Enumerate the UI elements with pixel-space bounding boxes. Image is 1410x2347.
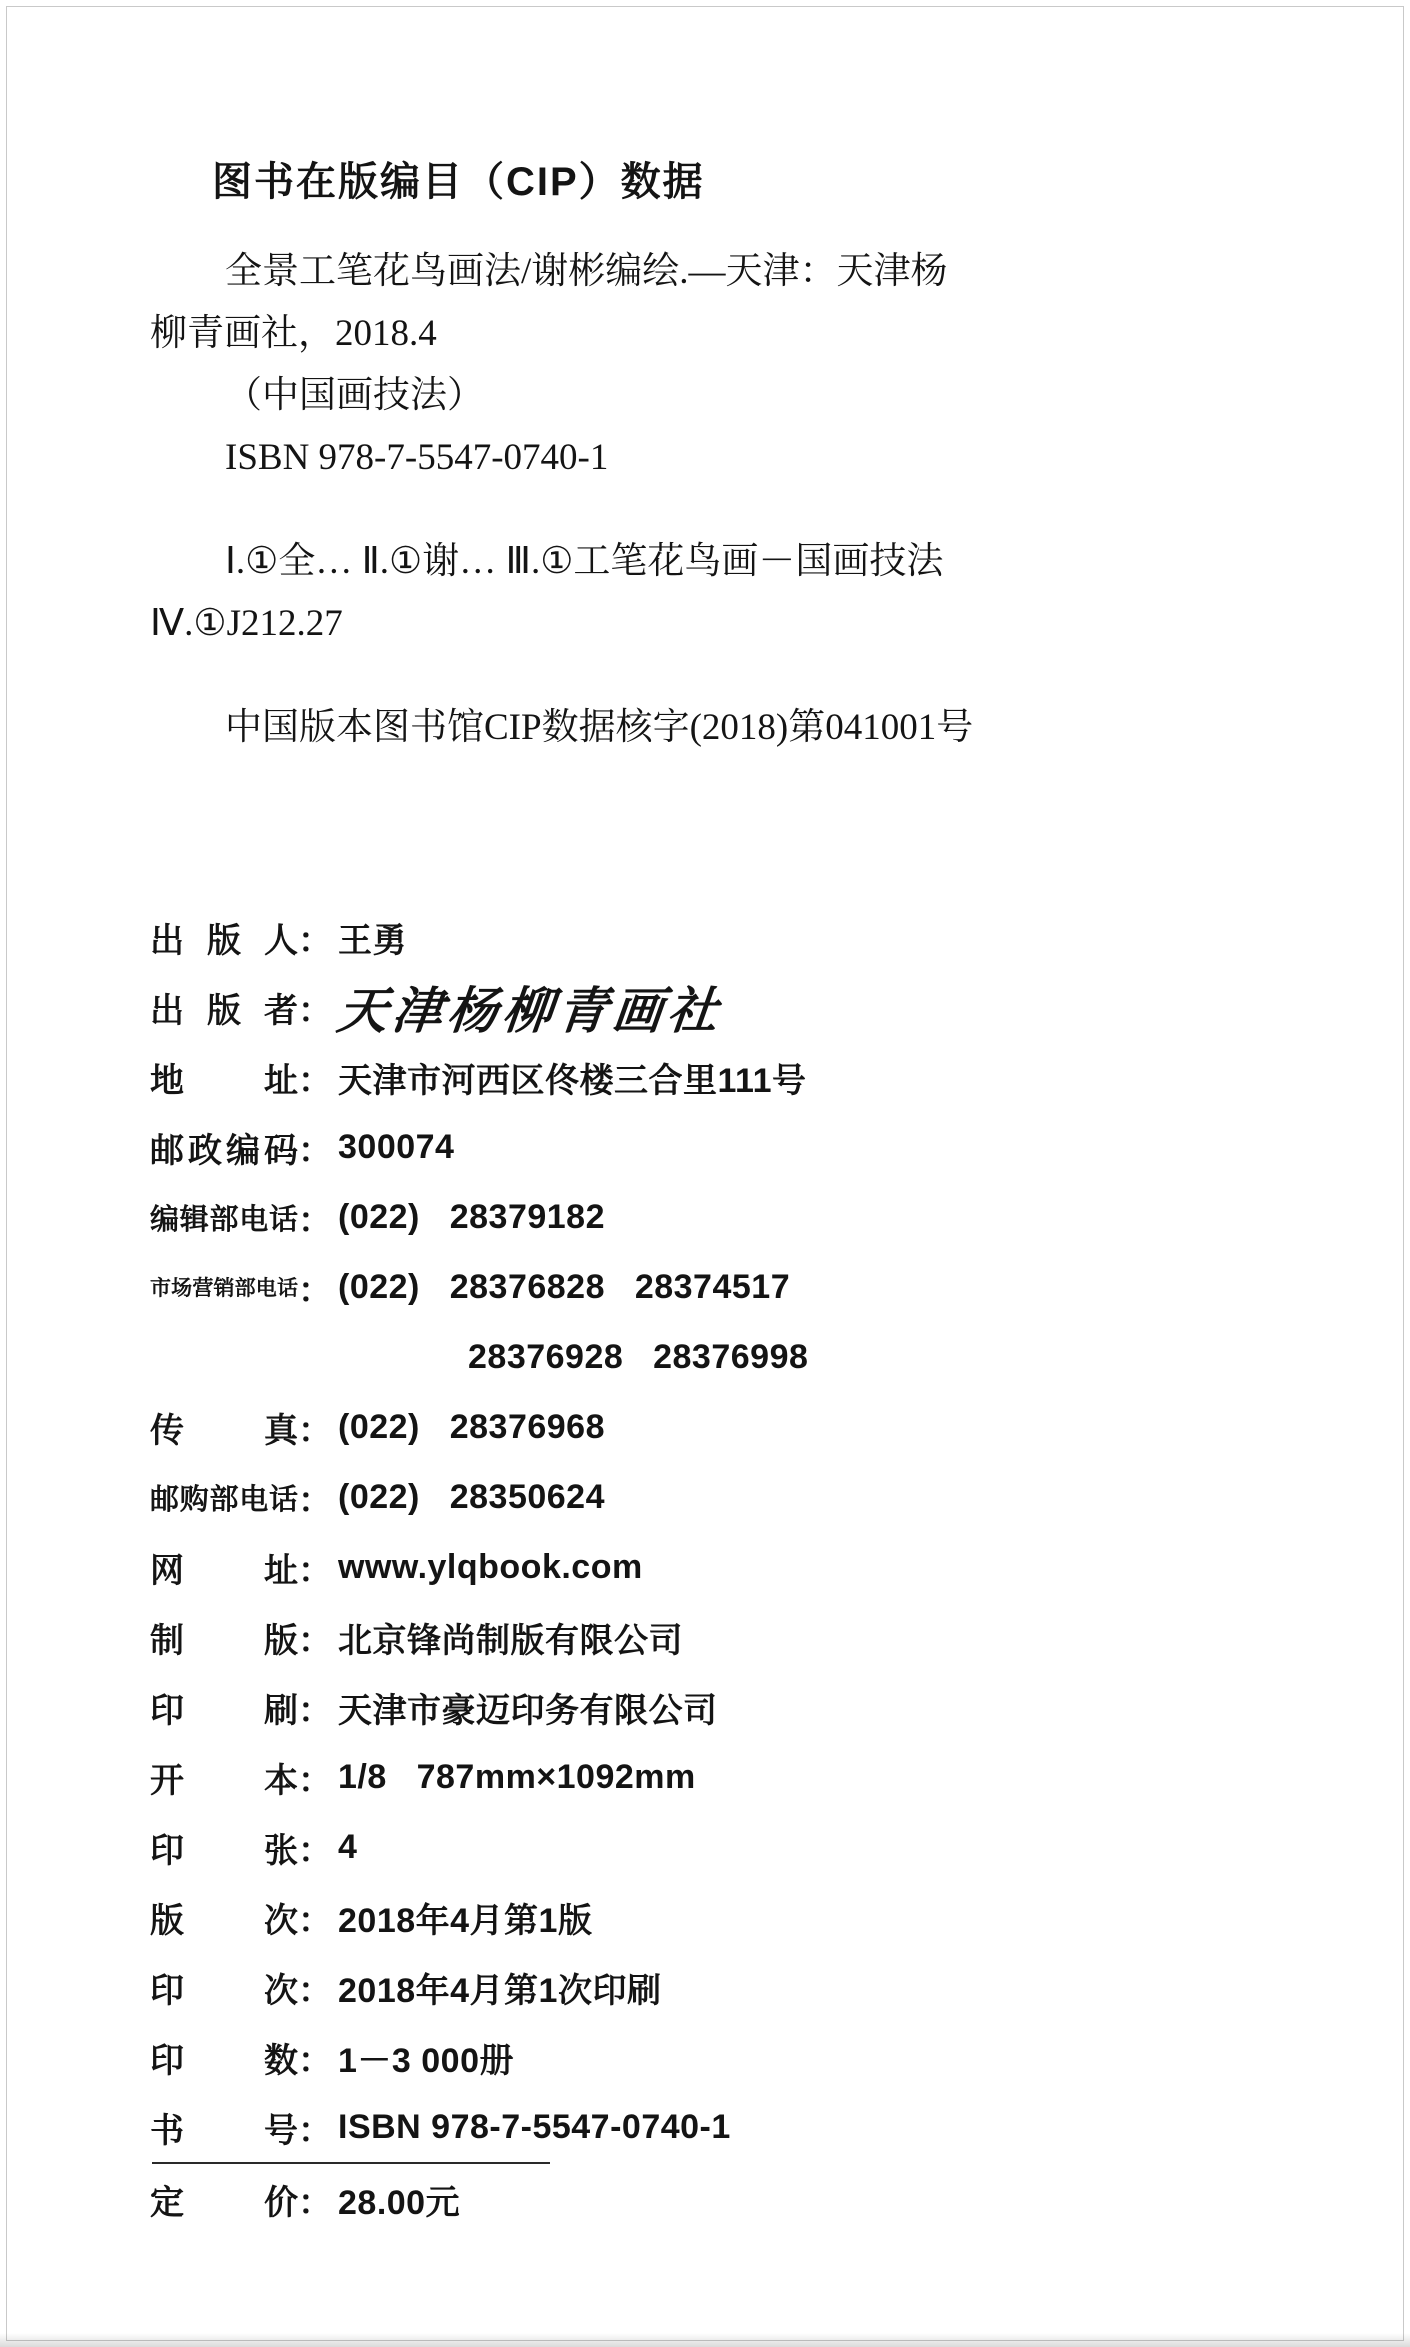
field-value: 28.00元	[338, 2175, 460, 2224]
colophon-row: 出版人：王勇	[150, 902, 1350, 972]
colophon-row: 印张：4	[150, 1812, 1350, 1882]
field-label: 印刷	[150, 1683, 298, 1732]
field-value: 2018年4月第1版	[338, 1893, 592, 1942]
field-value: 天津杨柳青画社	[334, 971, 727, 1043]
colophon-row: 定价：28.00元	[150, 2164, 1350, 2234]
cip-lines: 全景工笔花鸟画法/谢彬编绘.—天津：天津杨柳青画社，2018.4（中国画技法）I…	[150, 241, 1350, 759]
field-colon: ：	[298, 1683, 338, 1732]
field-label: 地址	[150, 1053, 298, 1102]
field-value: 1/8 787mm×1092mm	[338, 1758, 696, 1797]
field-colon: ：	[298, 1123, 338, 1172]
colophon-row: 28376928 28376998	[150, 1322, 1350, 1392]
field-label: 出版人	[150, 913, 298, 962]
field-label: 开本	[150, 1753, 298, 1802]
field-label: 印数	[150, 2033, 298, 2082]
field-colon: ：	[298, 2103, 338, 2152]
field-label: 市场营销部电话	[150, 1272, 298, 1302]
scan-edge	[0, 2333, 1410, 2347]
field-colon: ：	[298, 2175, 338, 2224]
colophon-row: 邮购部电话：(022) 28350624	[150, 1462, 1350, 1532]
field-label: 出版者	[150, 983, 298, 1032]
field-colon: ：	[298, 1403, 338, 1452]
field-value: 2018年4月第1次印刷	[338, 1963, 661, 2012]
field-label: 版次	[150, 1893, 298, 1942]
field-label: 邮政编码	[150, 1123, 298, 1172]
copyright-page: 图书在版编目（CIP）数据 全景工笔花鸟画法/谢彬编绘.—天津：天津杨柳青画社，…	[0, 0, 1410, 2347]
field-colon: ：	[298, 913, 338, 962]
field-value: 300074	[338, 1128, 454, 1167]
colophon-row: 出版者：天津杨柳青画社	[150, 972, 1350, 1042]
cip-line: 柳青画社，2018.4	[150, 303, 1350, 365]
cip-line: ISBN 978-7-5547-0740-1	[150, 427, 1350, 489]
colophon-row: 制版：北京锋尚制版有限公司	[150, 1602, 1350, 1672]
field-colon: ：	[298, 1963, 338, 2012]
colophon-row: 传真：(022) 28376968	[150, 1392, 1350, 1462]
field-colon: ：	[298, 1193, 338, 1242]
field-colon: ：	[298, 1613, 338, 1662]
field-value: 天津市河西区佟楼三合里111号	[338, 1053, 806, 1102]
field-value: ISBN 978-7-5547-0740-1	[338, 2108, 731, 2147]
field-colon: ：	[298, 1543, 338, 1592]
colophon-row: 邮政编码：300074	[150, 1112, 1350, 1182]
field-label: 邮购部电话	[150, 1477, 298, 1518]
field-label: 传真	[150, 1403, 298, 1452]
field-value: 北京锋尚制版有限公司	[338, 1613, 683, 1662]
page-content: 图书在版编目（CIP）数据 全景工笔花鸟画法/谢彬编绘.—天津：天津杨柳青画社，…	[0, 0, 1410, 2234]
field-label: 印次	[150, 1963, 298, 2012]
field-value: 天津市豪迈印务有限公司	[338, 1683, 718, 1732]
cip-line: Ⅳ.①J212.27	[150, 593, 1350, 655]
cip-line: （中国画技法）	[150, 365, 1350, 427]
field-colon: ：	[298, 2033, 338, 2082]
colophon-row: 开本：1/8 787mm×1092mm	[150, 1742, 1350, 1812]
field-colon: ：	[298, 1473, 338, 1522]
colophon-row: 市场营销部电话：(022) 28376828 28374517	[150, 1252, 1350, 1322]
field-value: 28376928 28376998	[338, 1338, 808, 1377]
field-value: 4	[338, 1828, 357, 1867]
cip-line: 全景工笔花鸟画法/谢彬编绘.—天津：天津杨	[150, 241, 1350, 303]
cip-line: Ⅰ.①全… Ⅱ.①谢… Ⅲ.①工笔花鸟画－国画技法	[150, 531, 1350, 593]
field-colon: ：	[298, 1053, 338, 1102]
colophon-row: 书号：ISBN 978-7-5547-0740-1	[150, 2092, 1350, 2162]
field-colon: ：	[298, 1893, 338, 1942]
colophon-row: 印次：2018年4月第1次印刷	[150, 1952, 1350, 2022]
field-colon: ：	[298, 1263, 338, 1312]
field-value: www.ylqbook.com	[338, 1548, 643, 1587]
colophon-row: 地址：天津市河西区佟楼三合里111号	[150, 1042, 1350, 1112]
field-label: 编辑部电话	[150, 1197, 298, 1238]
cip-line: 中国版本图书馆CIP数据核字(2018)第041001号	[150, 697, 1350, 759]
field-label: 定价	[150, 2175, 298, 2224]
field-value: (022) 28379182	[338, 1198, 605, 1237]
cip-title: 图书在版编目（CIP）数据	[212, 150, 1350, 207]
colophon-row: 网址：www.ylqbook.com	[150, 1532, 1350, 1602]
field-value: 1－3 000册	[338, 2033, 514, 2082]
colophon-row: 编辑部电话：(022) 28379182	[150, 1182, 1350, 1252]
field-value: (022) 28350624	[338, 1478, 605, 1517]
field-value: 王勇	[338, 913, 407, 962]
field-colon: ：	[298, 1753, 338, 1802]
colophon-rows: 出版人：王勇出版者：天津杨柳青画社地址：天津市河西区佟楼三合里111号邮政编码：…	[150, 902, 1350, 2234]
colophon-row: 印刷：天津市豪迈印务有限公司	[150, 1672, 1350, 1742]
field-colon: ：	[298, 1823, 338, 1872]
field-value: (022) 28376968	[338, 1408, 605, 1447]
field-label: 制版	[150, 1613, 298, 1662]
field-value: (022) 28376828 28374517	[338, 1268, 790, 1307]
colophon-row: 印数：1－3 000册	[150, 2022, 1350, 2092]
field-label: 印张	[150, 1823, 298, 1872]
field-colon: ：	[298, 983, 338, 1032]
field-label: 书号	[150, 2103, 298, 2152]
colophon-row: 版次：2018年4月第1版	[150, 1882, 1350, 1952]
field-label: 网址	[150, 1543, 298, 1592]
